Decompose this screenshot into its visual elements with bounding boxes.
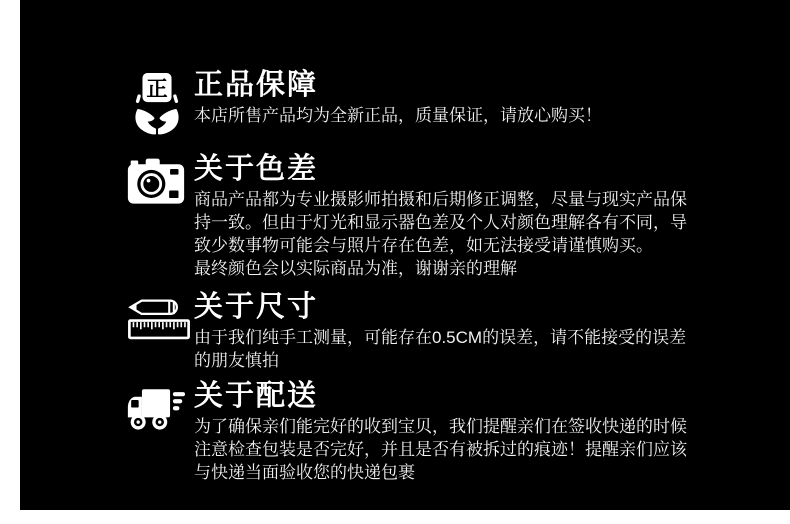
section-body: 本店所售产品均为全新正品，质量保证，请放心购买！ bbox=[194, 104, 770, 127]
notice-section-s2: 关于色差 商品产品都为专业摄影师拍摄和后期修正调整，尽量与现实产品保持一致。但由… bbox=[126, 154, 770, 280]
section-title: 关于配送 bbox=[194, 381, 770, 411]
section-text: 关于色差 商品产品都为专业摄影师拍摄和后期修正调整，尽量与现实产品保持一致。但由… bbox=[194, 154, 770, 280]
section-body: 商品产品都为专业摄影师拍摄和后期修正调整，尽量与现实产品保持一致。但由于灯光和显… bbox=[194, 188, 770, 280]
body-line: 与快递当面验收您的快递包裹 bbox=[194, 461, 770, 484]
hands-stamp-icon: 正 bbox=[126, 72, 188, 138]
camera-icon bbox=[126, 156, 186, 210]
stamp-character: 正 bbox=[146, 77, 167, 102]
section-icon-slot bbox=[126, 154, 194, 210]
product-notice-image: 正 正品保障 本店所售产品均为全新正品，质量保证，请放心购买！ 关于色差 商品产… bbox=[0, 0, 790, 524]
section-title: 关于色差 bbox=[194, 154, 770, 184]
body-line: 最终颜色会以实际商品为准，谢谢亲的理解 bbox=[194, 257, 770, 280]
body-line: 为了确保亲们能完好的收到宝贝，我们提醒亲们在签收快递的时候 bbox=[194, 415, 770, 438]
notice-panel: 正 正品保障 本店所售产品均为全新正品，质量保证，请放心购买！ 关于色差 商品产… bbox=[20, 0, 790, 510]
section-title: 正品保障 bbox=[194, 70, 770, 100]
pencil-ruler-icon bbox=[126, 294, 192, 342]
body-line: 致少数事物可能会与照片存在色差，如无法接受请谨慎购买。 bbox=[194, 234, 770, 257]
sections: 正 正品保障 本店所售产品均为全新正品，质量保证，请放心购买！ 关于色差 商品产… bbox=[20, 0, 790, 484]
section-body: 由于我们纯手工测量，可能存在0.5CM的误差，请不能接受的误差的朋友慎拍 bbox=[194, 326, 770, 372]
section-body: 为了确保亲们能完好的收到宝贝，我们提醒亲们在签收快递的时候注意检查包装是否完好，… bbox=[194, 415, 770, 484]
section-icon-slot bbox=[126, 381, 194, 433]
section-text: 关于配送 为了确保亲们能完好的收到宝贝，我们提醒亲们在签收快递的时候注意检查包装… bbox=[194, 381, 770, 484]
body-line: 持一致。但由于灯光和显示器色差及个人对颜色理解各有不同，导 bbox=[194, 211, 770, 234]
section-icon-slot bbox=[126, 292, 194, 342]
notice-section-s1: 正 正品保障 本店所售产品均为全新正品，质量保证，请放心购买！ bbox=[126, 70, 770, 138]
body-line: 本店所售产品均为全新正品，质量保证，请放心购买！ bbox=[194, 104, 770, 127]
notice-section-s3: 关于尺寸 由于我们纯手工测量，可能存在0.5CM的误差，请不能接受的误差的朋友慎… bbox=[126, 292, 770, 372]
body-line: 由于我们纯手工测量，可能存在0.5CM的误差，请不能接受的误差 bbox=[194, 326, 770, 349]
truck-icon bbox=[126, 383, 186, 433]
body-line: 的朋友慎拍 bbox=[194, 349, 770, 372]
body-line: 商品产品都为专业摄影师拍摄和后期修正调整，尽量与现实产品保 bbox=[194, 188, 770, 211]
body-line: 注意检查包装是否完好，并且是否有被拆过的痕迹！提醒亲们应该 bbox=[194, 438, 770, 461]
notice-section-s4: 关于配送 为了确保亲们能完好的收到宝贝，我们提醒亲们在签收快递的时候注意检查包装… bbox=[126, 381, 770, 484]
section-text: 关于尺寸 由于我们纯手工测量，可能存在0.5CM的误差，请不能接受的误差的朋友慎… bbox=[194, 292, 770, 372]
section-icon-slot: 正 bbox=[126, 70, 194, 138]
section-title: 关于尺寸 bbox=[194, 292, 770, 322]
section-text: 正品保障 本店所售产品均为全新正品，质量保证，请放心购买！ bbox=[194, 70, 770, 127]
